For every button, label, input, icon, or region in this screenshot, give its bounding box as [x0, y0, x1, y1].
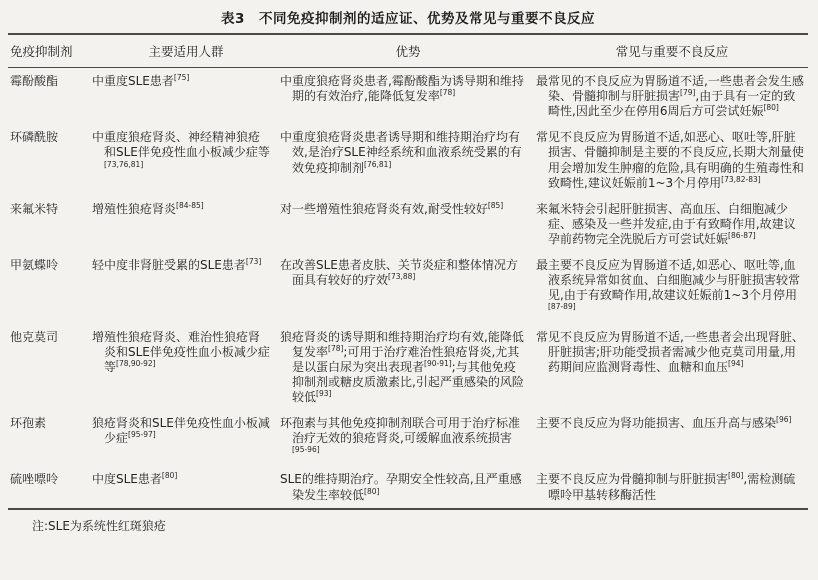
population-cell: 狼疮肾炎和SLE伴免疫性血小板减少症[95-97] — [92, 416, 280, 461]
adverse-reactions-cell: 主要不良反应为骨髓抑制与肝脏损害[80],需检测硫嘌呤甲基转移酶活性 — [536, 472, 808, 502]
table-row: 他克莫司 增殖性狼疮肾炎、难治性狼疮肾炎和SLE伴免疫性血小板减少症等[78,9… — [8, 324, 808, 411]
table-row: 甲氨蝶呤 轻中度非肾脏受累的SLE患者[73] 在改善SLE患者皮肤、关节炎症和… — [8, 252, 808, 323]
advantages-cell: 中重度狼疮肾炎患者诱导期和维持期治疗均有效,是治疗SLE神经系统和血液系统受累的… — [280, 130, 536, 190]
drug-name-cell: 硫唑嘌呤 — [8, 472, 92, 502]
adverse-reactions-cell: 主要不良反应为肾功能损害、血压升高与感染[96] — [536, 416, 808, 461]
drug-name-cell: 环磷酰胺 — [8, 130, 92, 190]
advantages-cell: 中重度狼疮肾炎患者,霉酚酸酯为诱导期和维持期的有效治疗,能降低复发率[78] — [280, 74, 536, 119]
population-cell: 轻中度非肾脏受累的SLE患者[73] — [92, 258, 280, 318]
advantages-cell: 在改善SLE患者皮肤、关节炎症和整体情况方面具有较好的疗效[73,88] — [280, 258, 536, 318]
table-row: 硫唑嘌呤 中度SLE患者[80] SLE的维持期治疗。孕期安全性较高,且严重感染… — [8, 466, 808, 507]
table-row: 霉酚酸酯 中重度SLE患者[75] 中重度狼疮肾炎患者,霉酚酸酯为诱导期和维持期… — [8, 68, 808, 124]
document-page: 表3 不同免疫抑制剂的适应证、优势及常见与重要不良反应 免疫抑制剂 主要适用人群… — [0, 0, 818, 580]
advantages-cell: 对一些增殖性狼疮肾炎有效,耐受性较好[85] — [280, 202, 536, 247]
adverse-reactions-cell: 常见不良反应为胃肠道不适,如恶心、呕吐等,肝脏损害、骨髓抑制是主要的不良反应,长… — [536, 130, 808, 190]
header-population: 主要适用人群 — [92, 42, 280, 60]
header-drug: 免疫抑制剂 — [8, 42, 92, 60]
drug-name-cell: 霉酚酸酯 — [8, 74, 92, 119]
advantages-cell: 环孢素与其他免疫抑制剂联合可用于治疗标准治疗无效的狼疮肾炎,可缓解血液系统损害[… — [280, 416, 536, 461]
advantages-cell: SLE的维持期治疗。孕期安全性较高,且严重感染发生率较低[80] — [280, 472, 536, 502]
adverse-reactions-cell: 最常见的不良反应为胃肠道不适,一些患者会发生感染、骨髓抑制与肝脏损害[79],由… — [536, 74, 808, 119]
table-footnote: 注:SLE为系统性红斑狼疮 — [8, 510, 808, 534]
adverse-reactions-cell: 常见不良反应为胃肠道不适,一些患者会出现肾脏、肝脏损害;肝功能受损者需减少他克莫… — [536, 330, 808, 406]
drug-name-cell: 甲氨蝶呤 — [8, 258, 92, 318]
advantages-cell: 狼疮肾炎的诱导期和维持期治疗均有效,能降低复发率[78];可用于治疗难治性狼疮肾… — [280, 330, 536, 406]
population-cell: 中重度狼疮肾炎、神经精神狼疮和SLE伴免疫性血小板减少症等[73,76,81] — [92, 130, 280, 190]
header-advantages: 优势 — [280, 42, 536, 60]
population-cell: 增殖性狼疮肾炎、难治性狼疮肾炎和SLE伴免疫性血小板减少症等[78,90-92] — [92, 330, 280, 406]
adverse-reactions-cell: 最主要不良反应为胃肠道不适,如恶心、呕吐等,血液系统异常如贫血、白细胞减少与肝脏… — [536, 258, 808, 318]
drug-name-cell: 来氟米特 — [8, 202, 92, 247]
header-adverse: 常见与重要不良反应 — [536, 42, 808, 60]
table-row: 来氟米特 增殖性狼疮肾炎[84-85] 对一些增殖性狼疮肾炎有效,耐受性较好[8… — [8, 196, 808, 252]
population-cell: 中重度SLE患者[75] — [92, 74, 280, 119]
table-row: 环磷酰胺 中重度狼疮肾炎、神经精神狼疮和SLE伴免疫性血小板减少症等[73,76… — [8, 124, 808, 195]
table-title: 表3 不同免疫抑制剂的适应证、优势及常见与重要不良反应 — [8, 4, 808, 33]
population-cell: 中度SLE患者[80] — [92, 472, 280, 502]
table-header-row: 免疫抑制剂 主要适用人群 优势 常见与重要不良反应 — [8, 35, 808, 68]
drug-name-cell: 他克莫司 — [8, 330, 92, 406]
drug-name-cell: 环孢素 — [8, 416, 92, 461]
adverse-reactions-cell: 来氟米特会引起肝脏损害、高血压、白细胞减少症、感染及一些并发症,由于有致畸作用,… — [536, 202, 808, 247]
table-row: 环孢素 狼疮肾炎和SLE伴免疫性血小板减少症[95-97] 环孢素与其他免疫抑制… — [8, 410, 808, 466]
population-cell: 增殖性狼疮肾炎[84-85] — [92, 202, 280, 247]
immunosuppressant-table: 免疫抑制剂 主要适用人群 优势 常见与重要不良反应 霉酚酸酯 中重度SLE患者[… — [8, 33, 808, 510]
